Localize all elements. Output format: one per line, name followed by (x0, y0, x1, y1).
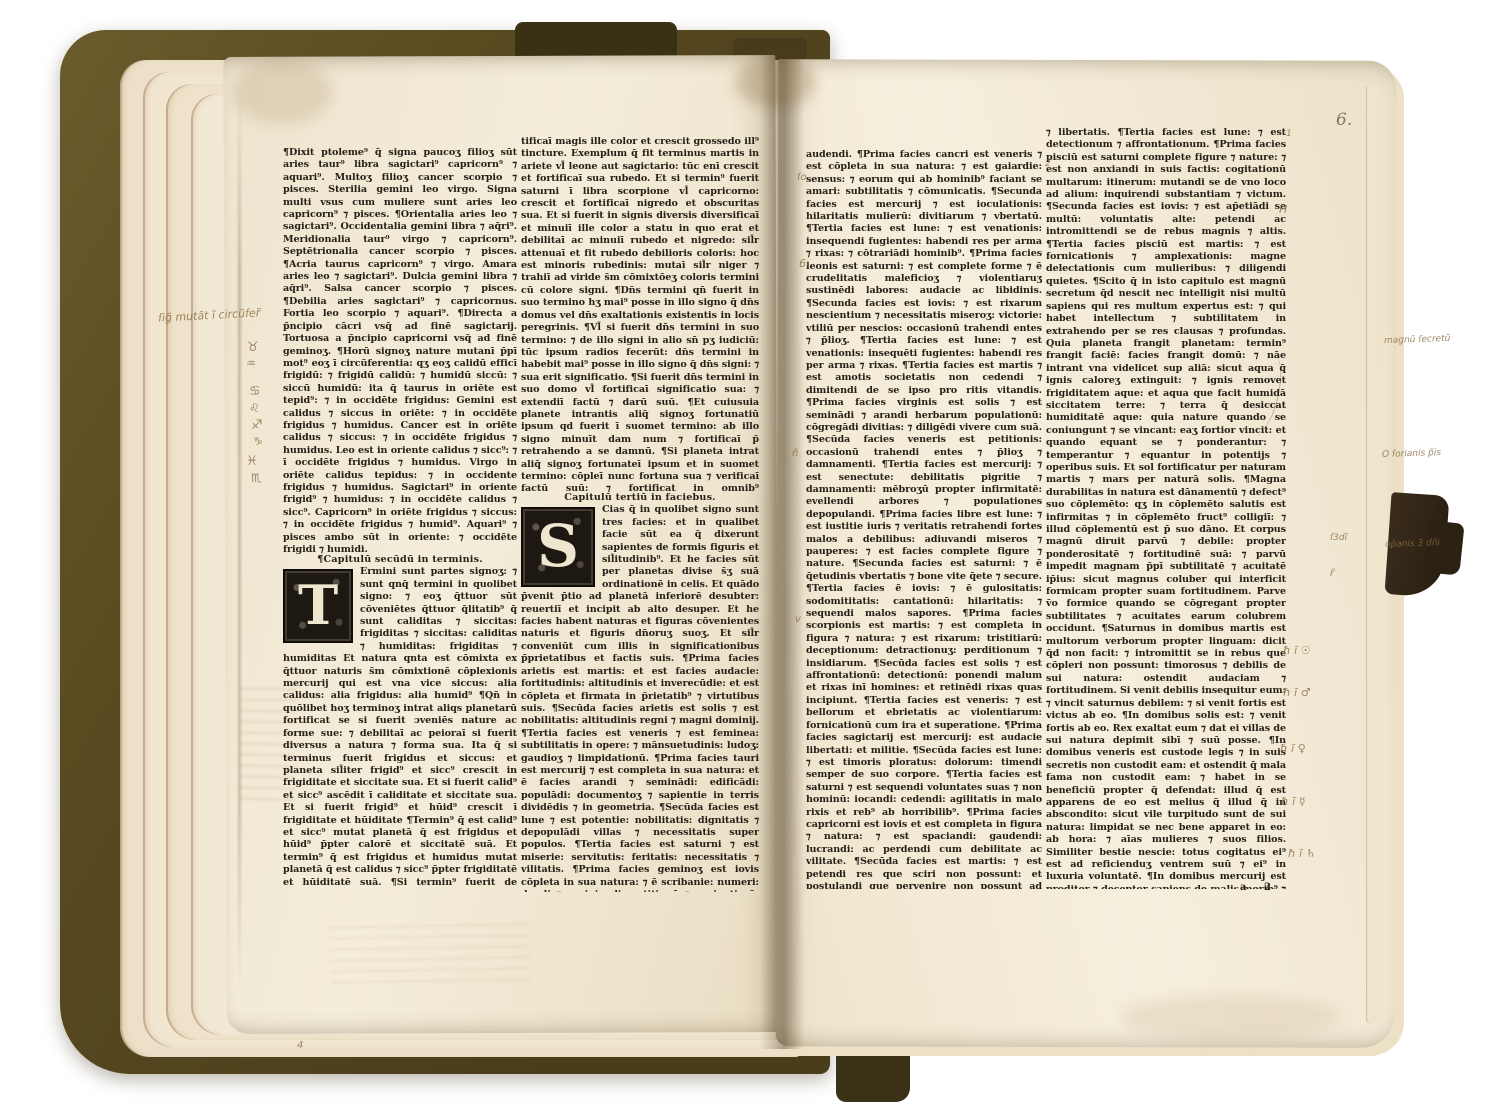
show-through-text-2 (329, 923, 530, 992)
margin-mark-so: ſo (797, 172, 807, 184)
margin-note-magnum-secretum: magnũ ſecretũ (1384, 333, 1451, 347)
chapter-3-heading: Capitulū tertiū in faciebus. (521, 492, 759, 504)
left-col1-body-top: ¶Dixit ptoleme⁹ q̄ signa paucoʒ filioʒ s… (283, 147, 517, 554)
astro-note-saturn-sun: ħ ĩ ☉ (1283, 645, 1311, 657)
right-page-fore-edge (1366, 86, 1383, 1024)
left-col1-chapter-body: TErmini sunt partes signoʒ: ⁊ sunt qnq̄ … (283, 566, 517, 889)
chapter-2-heading: ¶Capitulū secūdū in terminis. (283, 554, 517, 566)
astro-note-saturn-saturn: ħ ĩ ♄ (1288, 848, 1316, 860)
gutter-stain (735, 56, 815, 108)
folio-number: 6. (1336, 110, 1352, 130)
right-column-2: ⁊ libertatis. ¶Tertia facies est lune: ⁊… (1046, 127, 1286, 889)
zodiac-capricorn-icon: ♑ (253, 436, 263, 448)
margin-note-opanis: oṕanis 3 dñi (1385, 537, 1440, 551)
zodiac-pisces-icon: ♓ (246, 456, 258, 468)
zodiac-taurus-icon: ♉ (247, 342, 259, 354)
astro-note-saturn-venus: ħ ĩ ♀ (1280, 743, 1306, 755)
gutter-shadow (760, 54, 804, 1049)
margin-mark-61: 6ı (799, 258, 809, 270)
left-column-2: tificaī magis ille color et crescit gros… (521, 136, 759, 892)
quire-signature: a 2 (1240, 882, 1278, 894)
zodiac-sagittarius-icon: ♐ (251, 420, 263, 432)
woodcut-initial-S: S (521, 507, 595, 587)
astro-note-saturn-mercury: ħ ĩ ☿ (1281, 796, 1305, 808)
left-column-1: ¶Dixit ptoleme⁹ q̄ signa paucoʒ filioʒ s… (283, 147, 517, 889)
zodiac-cancer-icon: ♋ (249, 386, 261, 398)
corner-stain (232, 60, 332, 124)
zodiac-aquarius-icon: ♒ (246, 358, 256, 370)
margin-mark-r: r̃ (1330, 568, 1334, 580)
woodcut-initial-T: T (283, 569, 353, 643)
margin-mark-1: 1 (1286, 128, 1292, 140)
margin-note-o-sorianis: O ſorianis p̃is (1382, 447, 1441, 461)
left-col2-chapter-body: SCias q̄ in quolibet signo sunt tres fac… (521, 504, 759, 892)
zodiac-scorpio-icon: ♏ (251, 472, 262, 484)
margin-mark-2: 2 (1045, 158, 1051, 170)
right-column-1: audendi. ¶Prima facies cancri est veneri… (806, 149, 1042, 889)
left-page-edge-stain-line (238, 90, 241, 990)
margin-mark-4: 4 (297, 1040, 303, 1052)
astro-note-saturn-mars: ħ ĩ ♂ (1283, 687, 1311, 699)
margin-mark-v: v (795, 614, 801, 626)
bottom-stain (1120, 995, 1340, 1039)
margin-mark-n: ñ (792, 448, 798, 460)
zodiac-leo-icon: ♌ (249, 402, 260, 414)
margin-note-clasp-side: ſ3dĩ (1330, 532, 1347, 544)
margin-mark-H: H (1279, 204, 1287, 216)
left-col2-body-top: tificaī magis ille color et crescit gros… (521, 136, 759, 492)
